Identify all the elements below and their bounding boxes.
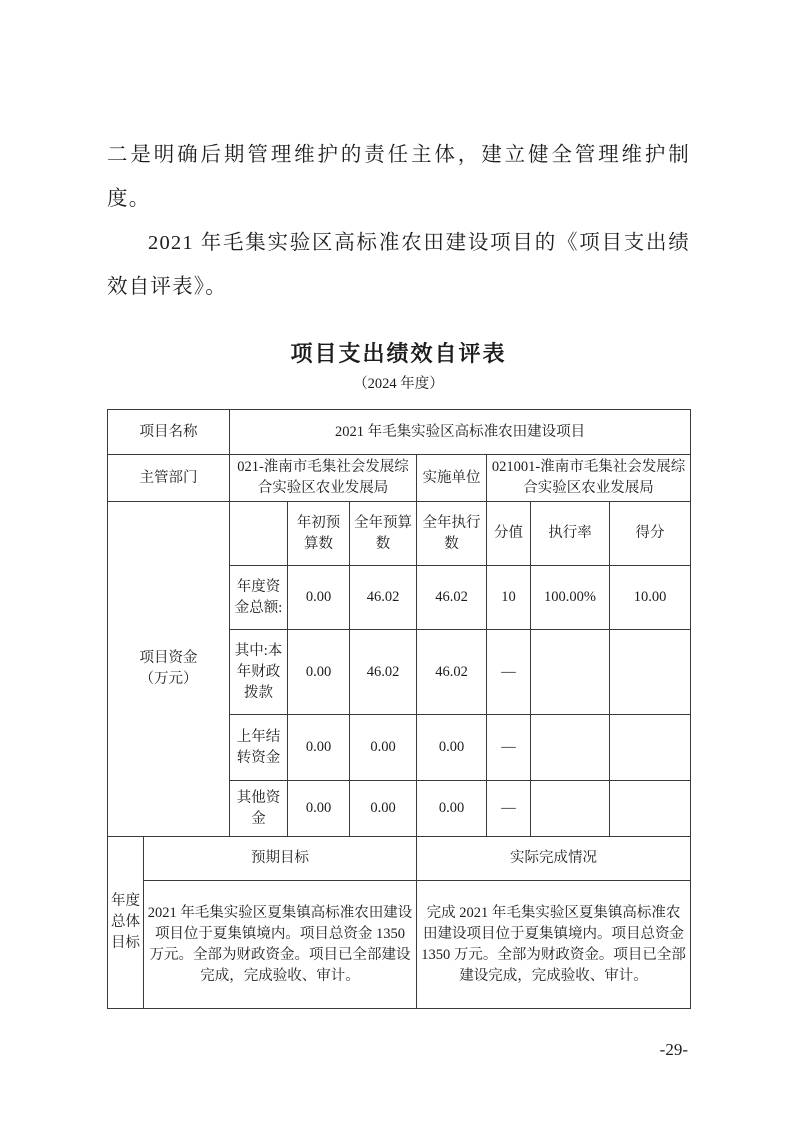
total-funds-score-weight: 10 bbox=[487, 566, 531, 630]
funds-group-label: 项目资金 （万元） bbox=[108, 502, 230, 837]
document-page: 二是明确后期管理维护的责任主体，建立健全管理维护制度。 2021 年毛集实验区高… bbox=[0, 0, 794, 1122]
department-value: 021-淮南市毛集社会发展综合实验区农业发展局 bbox=[230, 455, 417, 502]
other-funds-initial-budget: 0.00 bbox=[288, 781, 350, 837]
other-funds-annual-executed: 0.00 bbox=[417, 781, 487, 837]
funds-header-execution-rate: 执行率 bbox=[531, 502, 610, 566]
current-year-fiscal-score bbox=[610, 630, 691, 715]
performance-self-evaluation-table: 项目名称 2021 年毛集实验区高标准农田建设项目 主管部门 021-淮南市毛集… bbox=[107, 409, 691, 1009]
other-funds-execution-rate bbox=[531, 781, 610, 837]
paragraph-project-intro: 2021 年毛集实验区高标准农田建设项目的《项目支出绩效自评表》。 bbox=[107, 221, 690, 309]
impl-unit-value: 021001-淮南市毛集社会发展综合实验区农业发展局 bbox=[487, 455, 691, 502]
row-project-name: 项目名称 2021 年毛集实验区高标准农田建设项目 bbox=[108, 410, 691, 455]
total-funds-annual-executed: 46.02 bbox=[417, 566, 487, 630]
total-funds-label: 年度资金总额: bbox=[230, 566, 288, 630]
expected-goal-header: 预期目标 bbox=[144, 837, 417, 881]
impl-unit-label: 实施单位 bbox=[417, 455, 487, 502]
funds-header-annual-executed: 全年执行数 bbox=[417, 502, 487, 566]
funds-header-score-weight: 分值 bbox=[487, 502, 531, 566]
total-funds-annual-budget: 46.02 bbox=[350, 566, 417, 630]
paragraph-management-duty: 二是明确后期管理维护的责任主体，建立健全管理维护制度。 bbox=[107, 133, 690, 221]
carryover-funds-score-weight: — bbox=[487, 715, 531, 781]
carryover-funds-annual-budget: 0.00 bbox=[350, 715, 417, 781]
actual-completion-text: 完成 2021 年毛集实验区夏集镇高标准农田建设项目位于夏集镇境内。项目总资金 … bbox=[417, 881, 691, 1009]
other-funds-annual-budget: 0.00 bbox=[350, 781, 417, 837]
current-year-fiscal-annual-executed: 46.02 bbox=[417, 630, 487, 715]
project-name-value: 2021 年毛集实验区高标准农田建设项目 bbox=[230, 410, 691, 455]
current-year-fiscal-initial-budget: 0.00 bbox=[288, 630, 350, 715]
table-subtitle-year: （2024 年度） bbox=[107, 374, 690, 394]
total-funds-initial-budget: 0.00 bbox=[288, 566, 350, 630]
current-year-fiscal-annual-budget: 46.02 bbox=[350, 630, 417, 715]
carryover-funds-execution-rate bbox=[531, 715, 610, 781]
row-annual-goal-header: 年度总体目标 预期目标 实际完成情况 bbox=[108, 837, 691, 881]
actual-completion-header: 实际完成情况 bbox=[417, 837, 691, 881]
funds-header-annual-budget: 全年预算数 bbox=[350, 502, 417, 566]
other-funds-score-weight: — bbox=[487, 781, 531, 837]
current-year-fiscal-score-weight: — bbox=[487, 630, 531, 715]
carryover-funds-label: 上年结转资金 bbox=[230, 715, 288, 781]
carryover-funds-initial-budget: 0.00 bbox=[288, 715, 350, 781]
carryover-funds-score bbox=[610, 715, 691, 781]
page-content: 二是明确后期管理维护的责任主体，建立健全管理维护制度。 2021 年毛集实验区高… bbox=[107, 0, 690, 1061]
current-year-fiscal-label: 其中:本年财政拨款 bbox=[230, 630, 288, 715]
carryover-funds-annual-executed: 0.00 bbox=[417, 715, 487, 781]
funds-corner-cell bbox=[230, 502, 288, 566]
current-year-fiscal-execution-rate bbox=[531, 630, 610, 715]
project-name-label: 项目名称 bbox=[108, 410, 230, 455]
funds-header-initial-budget: 年初预算数 bbox=[288, 502, 350, 566]
total-funds-score: 10.00 bbox=[610, 566, 691, 630]
page-number: -29- bbox=[107, 1039, 690, 1061]
table-title: 项目支出绩效自评表 bbox=[107, 339, 690, 369]
total-funds-execution-rate: 100.00% bbox=[531, 566, 610, 630]
department-label: 主管部门 bbox=[108, 455, 230, 502]
annual-goal-group-label: 年度总体目标 bbox=[108, 837, 144, 1009]
other-funds-score bbox=[610, 781, 691, 837]
expected-goal-text: 2021 年毛集实验区夏集镇高标准农田建设项目位于夏集镇境内。项目总资金 135… bbox=[144, 881, 417, 1009]
row-annual-goal-content: 2021 年毛集实验区夏集镇高标准农田建设项目位于夏集镇境内。项目总资金 135… bbox=[108, 881, 691, 1009]
funds-header-score: 得分 bbox=[610, 502, 691, 566]
row-funds-header: 项目资金 （万元） 年初预算数 全年预算数 全年执行数 分值 执行率 得分 bbox=[108, 502, 691, 566]
other-funds-label: 其他资金 bbox=[230, 781, 288, 837]
row-department: 主管部门 021-淮南市毛集社会发展综合实验区农业发展局 实施单位 021001… bbox=[108, 455, 691, 502]
